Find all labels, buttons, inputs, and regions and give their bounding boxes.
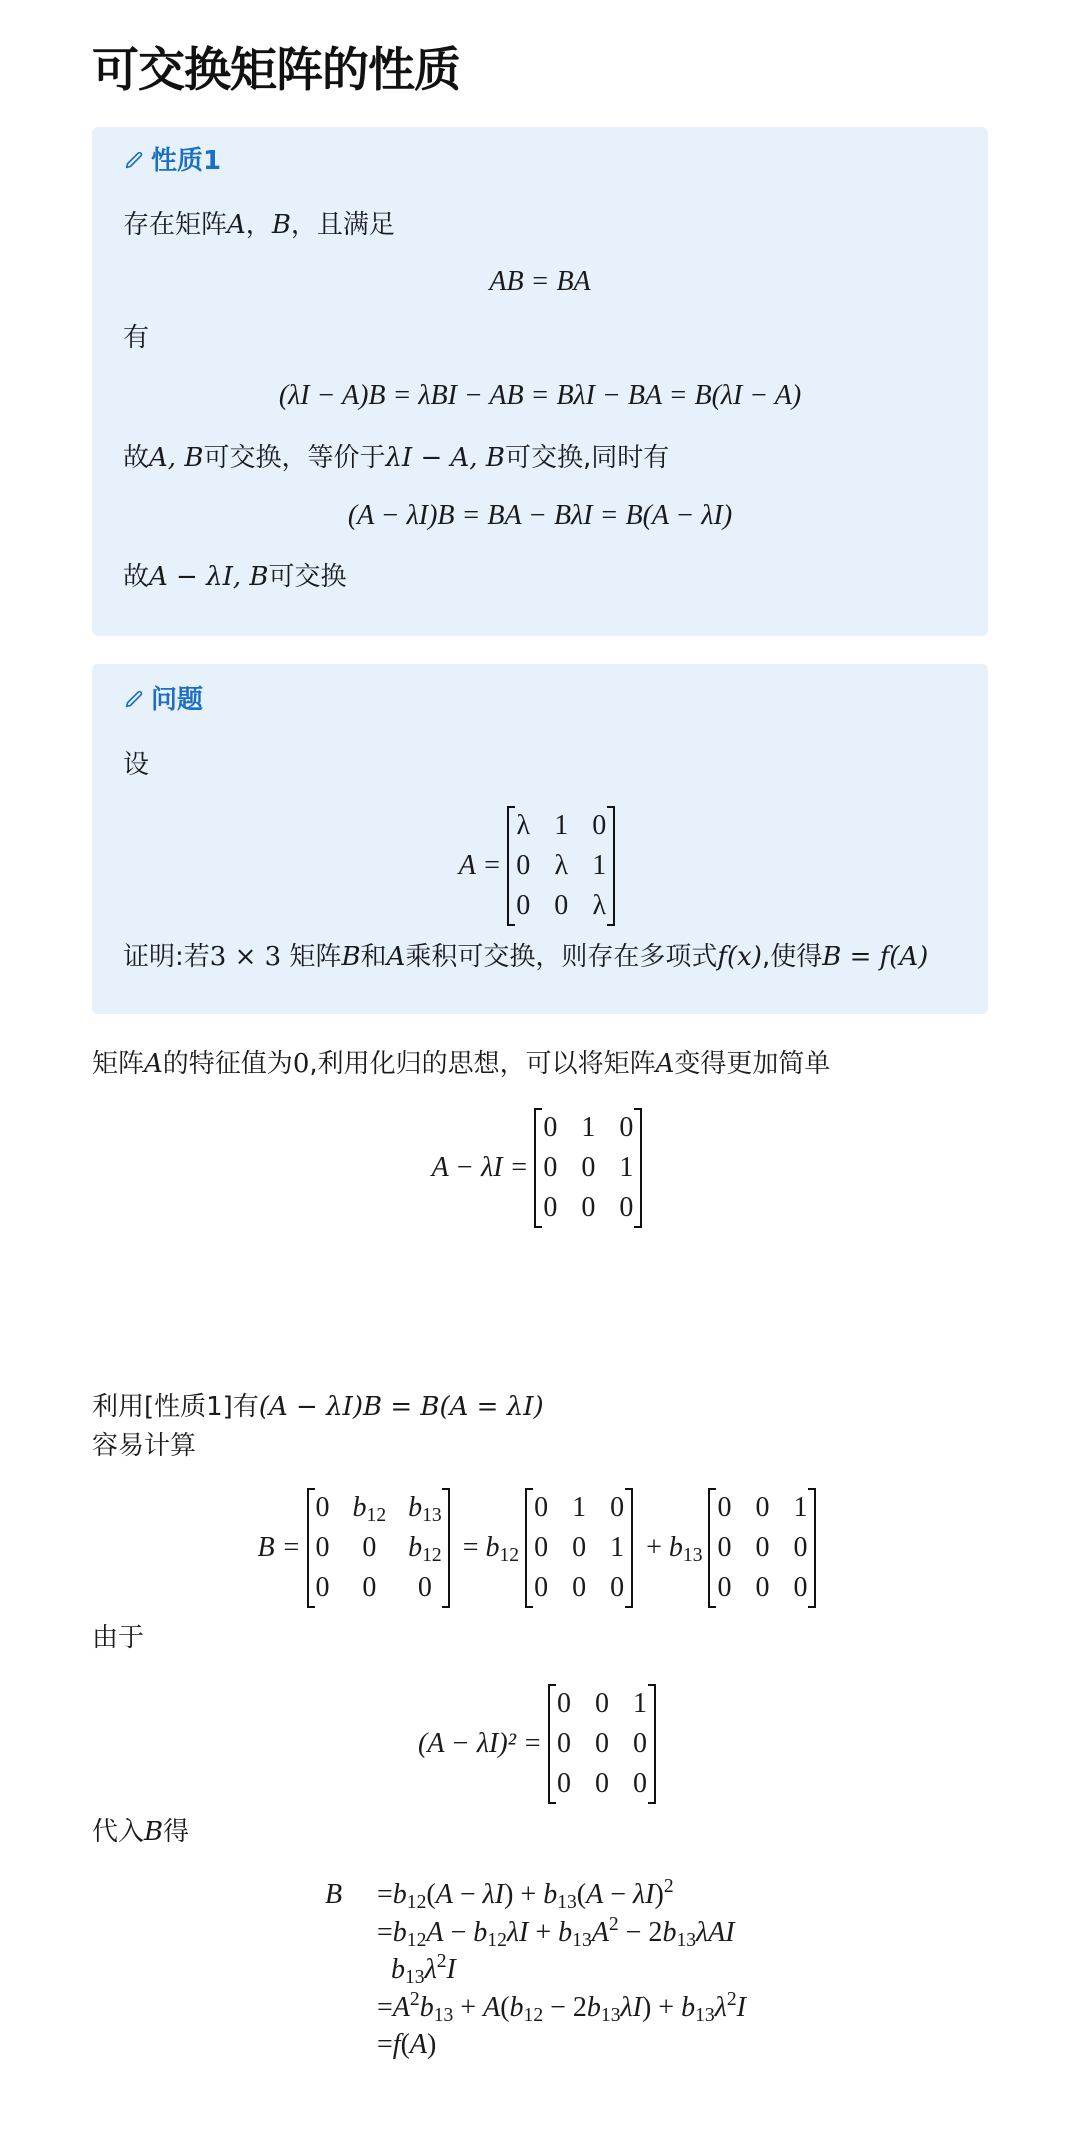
cell: 1 <box>792 1490 808 1526</box>
callout-title: 问题 <box>151 682 203 718</box>
cell: λ <box>515 808 531 844</box>
text: 矩阵 <box>92 1049 144 1079</box>
cell: 0 <box>353 1570 387 1606</box>
paragraph: 由于 <box>92 1620 144 1656</box>
math: (A − λI)B = BA − BλI = B(A − λI) <box>348 500 732 531</box>
cell: 0 <box>580 1150 596 1186</box>
cell: 1 <box>553 808 569 844</box>
math: (A − λI)B = B(A = λI) <box>259 1392 544 1422</box>
text: 可交换 <box>269 562 347 592</box>
cell: 0 <box>515 848 531 884</box>
matrix-E2: 0 0 1 0 0 0 0 0 0 <box>708 1488 816 1608</box>
cell: 0 <box>353 1530 387 1566</box>
matrix-A-minus-lambda-I: 0 1 0 0 0 1 0 0 0 <box>534 1108 642 1228</box>
rhs: =A2b13 + A(b12 − 2b13λI) + b13λ2I <box>377 1989 746 2027</box>
lhs: B <box>325 1876 377 1914</box>
math: AB = BA <box>489 266 590 297</box>
paragraph: 设 <box>123 747 149 783</box>
math: 0 <box>293 1049 310 1079</box>
cell: 0 <box>632 1766 648 1802</box>
text: 和 <box>361 942 387 972</box>
cell: 0 <box>315 1570 331 1606</box>
paragraph: 利用[性质1]有(A − λI)B = B(A = λI) <box>92 1389 544 1425</box>
paragraph: 有 <box>123 320 149 356</box>
text: 可交换，等价于 <box>203 443 385 473</box>
derivation-line: =b12A − b12λI + b13A2 − 2b13λAI <box>325 1914 746 1952</box>
cell: 0 <box>754 1530 770 1566</box>
cell: 0 <box>408 1570 442 1606</box>
derivation-line: =A2b13 + A(b12 − 2b13λI) + b13λ2I <box>325 1989 746 2027</box>
cell: 0 <box>580 1190 596 1226</box>
cell: 0 <box>618 1190 634 1226</box>
text: ，且满足 <box>291 210 395 240</box>
matrix-equation-B: B = 0 b12 b13 0 0 b12 0 0 0 = b12 0 1 0 … <box>0 1488 1080 1608</box>
math-lhs: B = <box>258 1530 301 1566</box>
cell: 0 <box>609 1570 625 1606</box>
math: B <box>341 942 360 972</box>
text: 利用[性质1]有 <box>92 1392 259 1422</box>
cell: 0 <box>792 1530 808 1566</box>
matrix-E1: 0 1 0 0 0 1 0 0 0 <box>525 1488 633 1608</box>
cell: 0 <box>716 1490 732 1526</box>
cell: 0 <box>571 1570 587 1606</box>
cell: 0 <box>315 1490 331 1526</box>
cell: 0 <box>542 1190 558 1226</box>
math: A, B <box>149 443 203 473</box>
math-lhs: (A − λI)² = <box>418 1726 542 1762</box>
cell: 0 <box>542 1110 558 1146</box>
derivation-line: B =b12(A − λI) + b13(A − λI)2 <box>325 1876 746 1914</box>
paragraph: 代入B得 <box>92 1814 189 1850</box>
display-equation: (A − λI)B = BA − BλI = B(A − λI) <box>92 498 988 534</box>
cell: 0 <box>591 808 607 844</box>
cell: 0 <box>556 1726 572 1762</box>
matrix-square: 0 0 1 0 0 0 0 0 0 <box>548 1684 656 1804</box>
cell: 0 <box>792 1570 808 1606</box>
callout-heading: 性质1 <box>123 143 221 179</box>
text: ,利用化归的思想，可以将矩阵 <box>309 1049 655 1079</box>
cell: 0 <box>609 1490 625 1526</box>
text: 证明:若 <box>123 942 210 972</box>
pencil-icon <box>123 150 145 172</box>
matrix-B: 0 b12 b13 0 0 b12 0 0 0 <box>307 1488 450 1608</box>
math-A: A <box>227 210 246 240</box>
problem-callout: 问题 设 A = λ 1 0 0 λ 1 0 0 λ 证明:若3 × 3 矩阵B… <box>92 664 988 1014</box>
cell: 0 <box>571 1530 587 1566</box>
pencil-icon <box>123 689 145 711</box>
cell: 0 <box>533 1570 549 1606</box>
math-B: B <box>272 210 291 240</box>
paragraph: 故A − λI, B可交换 <box>123 559 347 595</box>
cell: 1 <box>632 1686 648 1722</box>
text: ,使得 <box>762 942 822 972</box>
cell: 0 <box>315 1530 331 1566</box>
text: 乘积可交换，则存在多项式 <box>405 942 717 972</box>
cell: 0 <box>542 1150 558 1186</box>
cell: b12 <box>353 1490 387 1526</box>
math: A <box>656 1049 675 1079</box>
math: λI − A, B <box>385 443 504 473</box>
cell: 0 <box>618 1110 634 1146</box>
derivation-line: =f(A) <box>325 2026 746 2064</box>
cell: 0 <box>533 1490 549 1526</box>
lhs <box>325 2026 377 2064</box>
math: A <box>387 942 406 972</box>
text: 故 <box>123 562 149 592</box>
text: 故 <box>123 443 149 473</box>
cell: 0 <box>754 1570 770 1606</box>
math-lhs: A − λI = <box>432 1150 529 1186</box>
rhs: =b12A − b12λI + b13A2 − 2b13λAI <box>377 1914 735 1952</box>
derivation-line: b13λ2I <box>325 1951 746 1989</box>
text: 存在矩阵 <box>123 210 227 240</box>
cell: 0 <box>716 1570 732 1606</box>
text: 可交换,同时有 <box>505 443 669 473</box>
matrix-equation-shift: A − λI = 0 1 0 0 0 1 0 0 0 <box>0 1108 1080 1228</box>
math: A <box>144 1049 163 1079</box>
rhs: =f(A) <box>377 2026 436 2064</box>
matrix-equation-square: (A − λI)² = 0 0 1 0 0 0 0 0 0 <box>0 1684 1080 1804</box>
cell: 0 <box>556 1686 572 1722</box>
text: 的特征值为 <box>163 1049 293 1079</box>
cell: 1 <box>591 848 607 884</box>
paragraph: 证明:若3 × 3 矩阵B和A乘积可交换，则存在多项式f(x),使得B = f(… <box>123 939 928 975</box>
cell: 0 <box>556 1766 572 1802</box>
cell: 0 <box>553 888 569 924</box>
cell: 0 <box>594 1686 610 1722</box>
callout-heading: 问题 <box>123 682 203 718</box>
math: B <box>144 1817 163 1847</box>
text: ， <box>246 210 272 240</box>
cell: 0 <box>594 1726 610 1762</box>
coefficient-b13: + b13 <box>639 1530 702 1566</box>
paragraph: 故A, B可交换，等价于λI − A, B可交换,同时有 <box>123 440 669 476</box>
math: 3 × 3 <box>210 942 281 972</box>
cell: λ <box>591 888 607 924</box>
cell: 0 <box>716 1530 732 1566</box>
cell: 0 <box>594 1766 610 1802</box>
rhs: =b12(A − λI) + b13(A − λI)2 <box>377 1876 674 1914</box>
cell: 0 <box>632 1726 648 1762</box>
lhs <box>325 1989 377 2027</box>
math: A − λI, B <box>149 562 268 592</box>
matrix-equation-A: A = λ 1 0 0 λ 1 0 0 λ <box>92 806 988 926</box>
lhs <box>325 1951 377 1989</box>
matrix-A: λ 1 0 0 λ 1 0 0 λ <box>507 806 615 926</box>
derivation-block: B =b12(A − λI) + b13(A − λI)2 =b12A − b1… <box>325 1876 746 2064</box>
math: B = f(A) <box>822 942 928 972</box>
paragraph: 容易计算 <box>92 1428 196 1464</box>
cell: 0 <box>754 1490 770 1526</box>
cell: 1 <box>618 1150 634 1186</box>
cell: 1 <box>580 1110 596 1146</box>
page-title: 可交换矩阵的性质 <box>92 40 460 102</box>
property-callout: 性质1 存在矩阵A，B，且满足 AB = BA 有 (λI − A)B = λB… <box>92 127 988 636</box>
text: 代入 <box>92 1817 144 1847</box>
math: (λI − A)B = λBI − AB = BλI − BA = B(λI −… <box>279 380 801 411</box>
math-lhs: A = <box>459 848 502 884</box>
cell: b12 <box>408 1530 442 1566</box>
rhs: b13λ2I <box>377 1951 456 1989</box>
coefficient-b12: = b12 <box>456 1530 519 1566</box>
text: 得 <box>163 1817 189 1847</box>
cell: 1 <box>609 1530 625 1566</box>
text: 矩阵 <box>281 942 341 972</box>
cell: 1 <box>571 1490 587 1526</box>
display-equation: AB = BA <box>92 264 988 300</box>
math: f(x) <box>717 942 762 972</box>
cell: b13 <box>408 1490 442 1526</box>
cell: 0 <box>533 1530 549 1566</box>
display-equation: (λI − A)B = λBI − AB = BλI − BA = B(λI −… <box>92 378 988 414</box>
paragraph: 存在矩阵A，B，且满足 <box>123 207 395 243</box>
cell: 0 <box>515 888 531 924</box>
lhs <box>325 1914 377 1952</box>
text: 变得更加简单 <box>674 1049 830 1079</box>
callout-title: 性质1 <box>151 143 221 179</box>
paragraph: 矩阵A的特征值为0,利用化归的思想，可以将矩阵A变得更加简单 <box>92 1046 830 1082</box>
cell: λ <box>553 848 569 884</box>
